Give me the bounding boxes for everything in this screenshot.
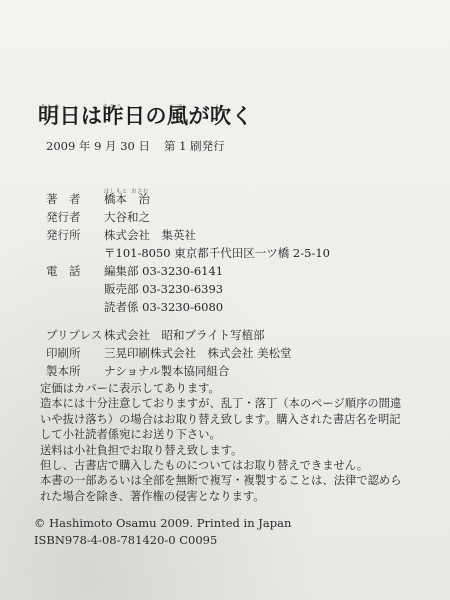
title-ruby: きのう [102,95,123,121]
note-line: 送料は小社負担でお取り替え致します。 [40,443,440,458]
isbn-line: ISBN978-4-08-781420-0 C0095 [34,532,291,549]
credit-value: はしもと おさむ 橋本 治 [104,190,150,208]
credit-label: 著 者 [46,190,106,208]
author-ruby: はしもと [104,183,128,201]
phone-number: 販売部 03-3230-6393 [104,280,223,298]
book-title: あした きのう かぜ ふ 明日は昨日の風が吹く [38,103,253,129]
credit-value: 株式会社 集英社 [104,226,196,244]
colophon-page: あした きのう かぜ ふ 明日は昨日の風が吹く 2009 年 9 月 30 日第… [0,0,450,600]
production-value: 三晃印刷株式会社 株式会社 美松堂 [104,344,292,362]
production-label: 製本所 [46,362,106,380]
address: 〒101-8050 東京都千代田区一ツ橋 2-5-10 [104,244,330,262]
credit-value: 大谷和之 [104,208,150,226]
note-line: 但し、古書店で購入したものについてはお取り替えできません。 [40,458,440,473]
note-line: 定価はカバーに表示してあります。 [40,381,440,396]
note-line: 造本には十分注意しておりますが、乱丁・落丁（本のページ順序の間違 [40,396,440,411]
author-ruby: おさむ [131,183,149,201]
title-ruby: ふ [214,95,221,121]
note-line: 本書の一部あるいは全部を無断で複写・複製することは、法律で認めら [40,473,440,488]
production-value: ナショナル製本協同組合 [104,362,229,380]
phone-number: 編集部 03-3230-6141 [104,262,223,280]
title-block: あした きのう かぜ ふ 明日は昨日の風が吹く [38,103,253,129]
copyright-line: © Hashimoto Osamu 2009. Printed in Japan [34,515,291,532]
notes-block: 定価はカバーに表示してあります。 造本には十分注意しておりますが、乱丁・落丁（本… [40,381,440,504]
note-line: して小社読者係宛にお送り下さい。 [40,427,440,442]
copyright-block: © Hashimoto Osamu 2009. Printed in Japan… [34,515,291,549]
note-line: れた場合を除き、著作権の侵害となります。 [40,489,440,504]
production-label: プリプレス [46,326,106,344]
title-ruby: かぜ [169,95,183,121]
credit-label: 電 話 [46,262,106,280]
production-value: 株式会社 昭和ブライト写植部 [104,326,265,344]
publication-line: 2009 年 9 月 30 日第 1 刷発行 [46,138,225,154]
production-label: 印刷所 [46,344,106,362]
publication-date: 2009 年 9 月 30 日 [46,139,150,153]
edition: 第 1 刷発行 [164,139,225,153]
title-ruby: あした [40,95,61,121]
credit-label: 発行者 [46,208,106,226]
note-line: いや抜け落ち）の場合はお取り替え致します。購入された書店名を明記 [40,412,440,427]
credit-label: 発行所 [46,226,106,244]
phone-number: 読者係 03-3230-6080 [104,298,223,316]
